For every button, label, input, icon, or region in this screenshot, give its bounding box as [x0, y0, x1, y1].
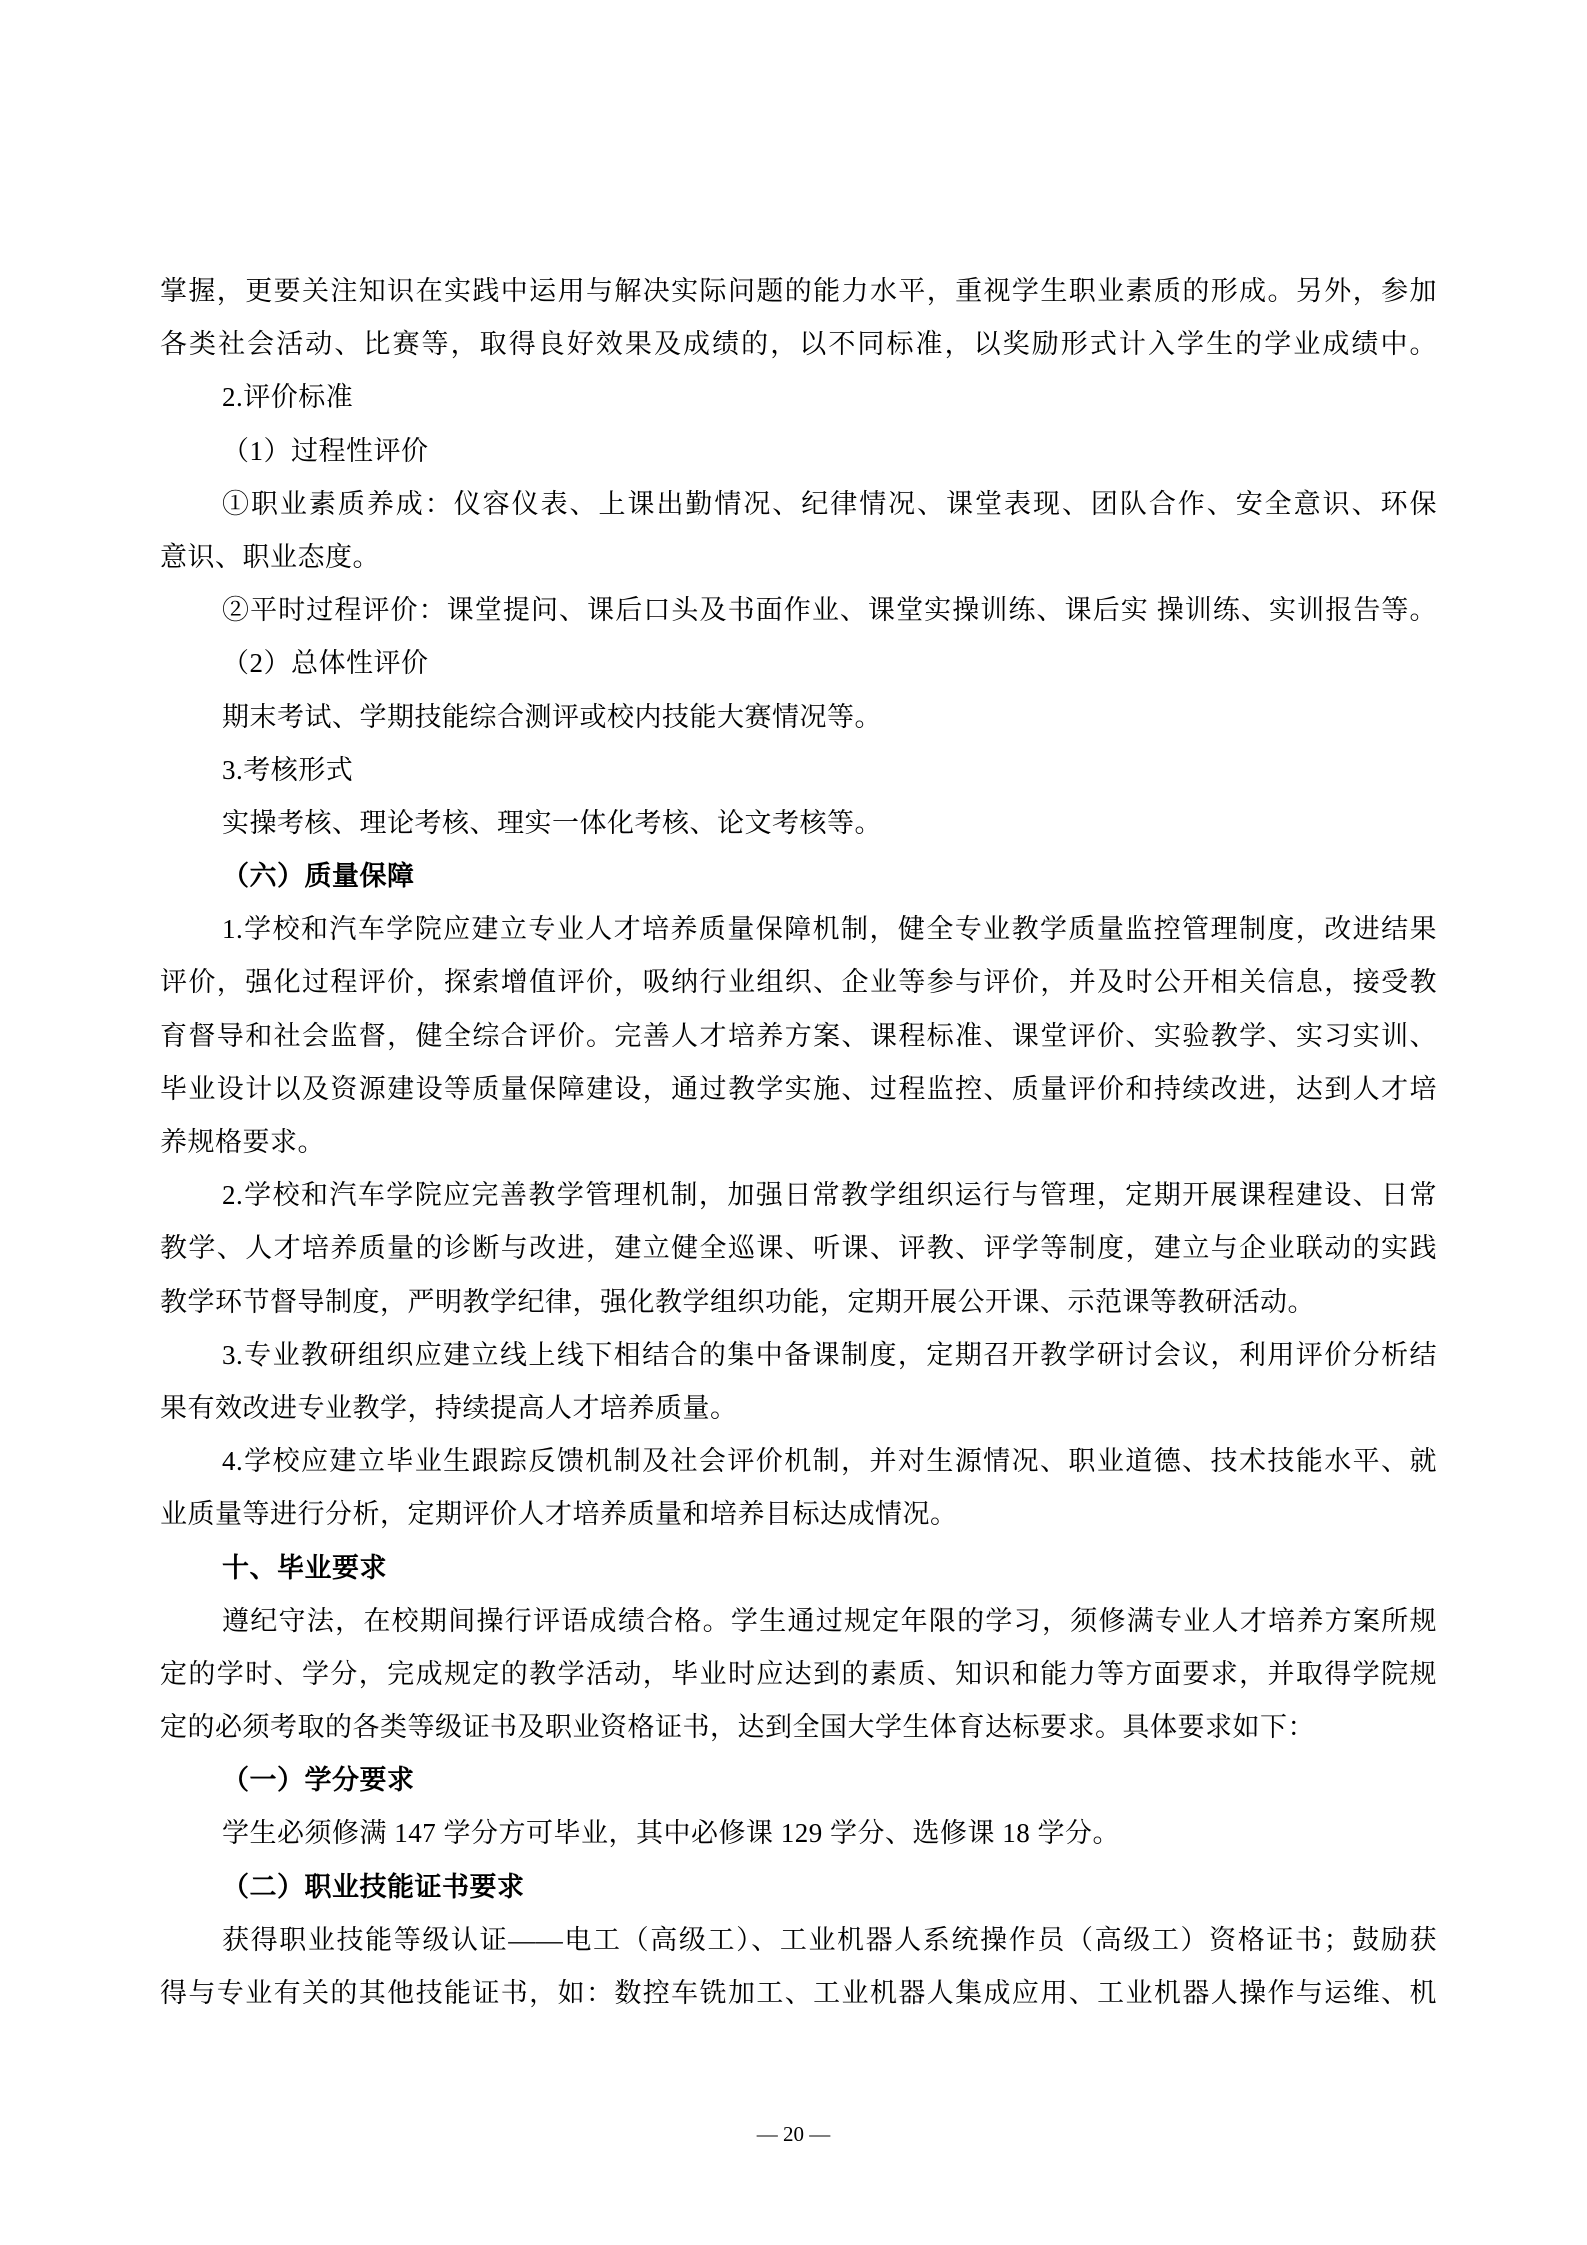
page-number: — 20 — [0, 2118, 1587, 2150]
text-line-12: （六）质量保障 [160, 850, 1437, 903]
text-line-19: 教学、人才培养质量的诊断与改进，建立健全巡课、听课、评教、评学等制度，建立与企业… [160, 1222, 1437, 1275]
text-line-2: 各类社会活动、比赛等，取得良好效果及成绩的，以不同标准，以奖励形式计入学生的学业… [160, 318, 1437, 371]
text-line-10: 3.考核形式 [160, 744, 1437, 797]
text-line-22: 果有效改进专业教学，持续提高人才培养质量。 [160, 1382, 1437, 1435]
text-line-26: 遵纪守法，在校期间操行评语成绩合格。学生通过规定年限的学习，须修满专业人才培养方… [160, 1595, 1437, 1648]
text-line-23: 4.学校应建立毕业生跟踪反馈机制及社会评价机制，并对生源情况、职业道德、技术技能… [160, 1435, 1437, 1488]
text-line-18: 2.学校和汽车学院应完善教学管理机制，加强日常教学组织运行与管理，定期开展课程建… [160, 1169, 1437, 1222]
text-line-28: 定的必须考取的各类等级证书及职业资格证书，达到全国大学生体育达标要求。具体要求如… [160, 1701, 1437, 1754]
text-line-3: 2.评价标准 [160, 371, 1437, 424]
text-line-7: ②平时过程评价：课堂提问、课后口头及书面作业、课堂实操训练、课后实 操训练、实训… [160, 584, 1437, 637]
text-line-14: 评价，强化过程评价，探索增值评价，吸纳行业组织、企业等参与评价，并及时公开相关信… [160, 956, 1437, 1009]
text-line-8: （2）总体性评价 [160, 637, 1437, 690]
text-line-11: 实操考核、理论考核、理实一体化考核、论文考核等。 [160, 797, 1437, 850]
text-line-17: 养规格要求。 [160, 1116, 1437, 1169]
text-line-6: 意识、职业态度。 [160, 531, 1437, 584]
text-line-16: 毕业设计以及资源建设等质量保障建设，通过教学实施、过程监控、质量评价和持续改进，… [160, 1063, 1437, 1116]
text-line-20: 教学环节督导制度，严明教学纪律，强化教学组织功能，定期开展公开课、示范课等教研活… [160, 1276, 1437, 1329]
text-line-31: （二）职业技能证书要求 [160, 1861, 1437, 1914]
text-line-9: 期末考试、学期技能综合测评或校内技能大赛情况等。 [160, 691, 1437, 744]
text-line-32: 获得职业技能等级认证——电工（高级工）、工业机器人系统操作员（高级工）资格证书；… [160, 1914, 1437, 1967]
document-body: 掌握，更要关注知识在实践中运用与解决实际问题的能力水平，重视学生职业素质的形成。… [160, 265, 1437, 2020]
text-line-21: 3.专业教研组织应建立线上线下相结合的集中备课制度，定期召开教学研讨会议，利用评… [160, 1329, 1437, 1382]
text-line-27: 定的学时、学分，完成规定的教学活动，毕业时应达到的素质、知识和能力等方面要求，并… [160, 1648, 1437, 1701]
text-line-30: 学生必须修满 147 学分方可毕业，其中必修课 129 学分、选修课 18 学分… [160, 1807, 1437, 1860]
text-line-15: 育督导和社会监督，健全综合评价。完善人才培养方案、课程标准、课堂评价、实验教学、… [160, 1010, 1437, 1063]
text-line-24: 业质量等进行分析，定期评价人才培养质量和培养目标达成情况。 [160, 1488, 1437, 1541]
text-line-13: 1.学校和汽车学院应建立专业人才培养质量保障机制，健全专业教学质量监控管理制度，… [160, 903, 1437, 956]
text-line-29: （一）学分要求 [160, 1754, 1437, 1807]
text-line-1: 掌握，更要关注知识在实践中运用与解决实际问题的能力水平，重视学生职业素质的形成。… [160, 265, 1437, 318]
text-line-25: 十、毕业要求 [160, 1542, 1437, 1595]
text-line-5: ①职业素质养成：仪容仪表、上课出勤情况、纪律情况、课堂表现、团队合作、安全意识、… [160, 478, 1437, 531]
text-line-4: （1）过程性评价 [160, 425, 1437, 478]
text-line-33: 得与专业有关的其他技能证书，如：数控车铣加工、工业机器人集成应用、工业机器人操作… [160, 1967, 1437, 2020]
document-page: 掌握，更要关注知识在实践中运用与解决实际问题的能力水平，重视学生职业素质的形成。… [0, 0, 1587, 2245]
